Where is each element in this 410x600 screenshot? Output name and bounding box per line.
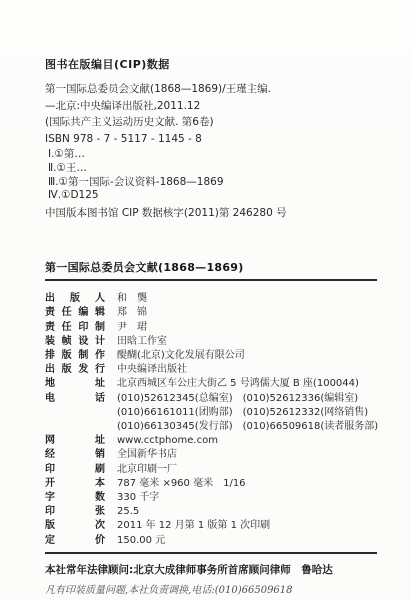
colophon-label: 开本 — [45, 477, 105, 491]
colophon-row-format: 开本787 毫米 ×960 毫米 1/16 — [45, 477, 377, 491]
cip-record-line: —北京:中央编译出版社,2011.12 — [45, 98, 377, 115]
colophon-value: 330 千字 — [117, 491, 159, 505]
colophon-row-website: 网址www.cctphome.com — [45, 434, 377, 448]
colophon-row-design: 装帧设计田晗工作室 — [45, 335, 377, 349]
colophon-row-price: 定价150.00 元 — [45, 534, 377, 548]
website-url: www.cctphome.com — [117, 434, 218, 448]
colophon-value: 郑 锦 — [117, 306, 147, 320]
footer-divider — [45, 552, 377, 554]
colophon-label: 出版发行 — [45, 363, 105, 377]
book-title: 第一国际总委员会文献(1868—1869) — [45, 261, 244, 274]
colophon-value: 田晗工作室 — [117, 335, 167, 349]
cip-record: 第一国际总委员会文献(1868—1869)/王瑾主编. —北京:中央编译出版社,… — [45, 81, 377, 147]
cip-class-line: Ⅲ.①第一国际-会议资料-1868—1869 — [48, 176, 377, 190]
colophon-row-phone: 电话(010)52612345(总编室) (010)52612336(编辑室) — [45, 392, 377, 406]
colophon-label: 出版人 — [45, 292, 105, 306]
colophon-value: 2011 年 12 月第 1 版第 1 次印刷 — [117, 519, 270, 533]
colophon-label: 电话 — [45, 392, 105, 406]
colophon-row-word-count: 字数330 千字 — [45, 491, 377, 505]
colophon-value: 中央编译出版社 — [117, 363, 187, 377]
colophon-value: 150.00 元 — [117, 534, 165, 548]
copyright-page: 图书在版编目(CIP)数据 第一国际总委员会文献(1868—1869)/王瑾主编… — [0, 0, 410, 600]
colophon-value: 醍醐(北京)文化发展有限公司 — [117, 349, 245, 363]
colophon-value: 全国新华书店 — [117, 448, 177, 462]
colophon-row-distribution: 经销全国新华书店 — [45, 448, 377, 462]
cip-registry-line: 中国版本图书馆 CIP 数据核字(2011)第 246280 号 — [45, 205, 377, 221]
title-block: 第一国际总委员会文献(1868—1869) — [45, 256, 377, 281]
cip-class-line: Ⅰ.①第… — [48, 148, 377, 162]
colophon-row-phone-extra: (010)66130345(发行部) (010)66509618(读者服务部) — [45, 420, 377, 434]
colophon-label: 网址 — [45, 434, 105, 448]
colophon-value: (010)52612345(总编室) (010)52612336(编辑室) — [117, 392, 358, 406]
colophon-label: 地址 — [45, 377, 105, 391]
colophon-row-print-supervisor: 责任印制尹 珺 — [45, 321, 377, 335]
cip-record-line: 第一国际总委员会文献(1868—1869)/王瑾主编. — [45, 81, 377, 98]
colophon-row-typesetting: 排版制作醍醐(北京)文化发展有限公司 — [45, 349, 377, 363]
cip-class-line: Ⅱ.①王… — [48, 162, 377, 176]
colophon-label: 责任编辑 — [45, 306, 105, 320]
cip-record-line: (国际共产主义运动历史文献. 第6卷) — [45, 114, 377, 131]
colophon-label: 字数 — [45, 491, 105, 505]
colophon-label: 责任印制 — [45, 321, 105, 335]
colophon-value: 787 毫米 ×960 毫米 1/16 — [117, 477, 246, 491]
colophon-value: 25.5 — [117, 505, 139, 519]
colophon-row-edition: 版次2011 年 12 月第 1 版第 1 次印刷 — [45, 519, 377, 533]
colophon-value: 尹 珺 — [117, 321, 147, 335]
cip-class-line: Ⅳ.①D125 — [48, 189, 377, 203]
colophon-row-editor: 责任编辑郑 锦 — [45, 306, 377, 320]
colophon-value: (010)66161011(团购部) (010)52612332(网络销售) — [117, 406, 368, 420]
colophon-row-phone-extra: (010)66161011(团购部) (010)52612332(网络销售) — [45, 406, 377, 420]
quality-notice-line: 凡有印装质量问题,本社负责调换,电话:(010)66509618 — [45, 581, 377, 596]
cip-classification: Ⅰ.①第… Ⅱ.①王… Ⅲ.①第一国际-会议资料-1868—1869 Ⅳ.①D1… — [48, 148, 377, 203]
colophon-value: 和 龑 — [117, 292, 147, 306]
cip-record-line: ISBN 978 - 7 - 5117 - 1145 - 8 — [45, 131, 377, 148]
colophon-label: 装帧设计 — [45, 335, 105, 349]
colophon-label: 印刷 — [45, 463, 105, 477]
colophon-value: (010)66130345(发行部) (010)66509618(读者服务部) — [117, 420, 378, 434]
cip-heading: 图书在版编目(CIP)数据 — [45, 56, 377, 72]
colophon-label: 版次 — [45, 519, 105, 533]
colophon-label: 经销 — [45, 448, 105, 462]
colophon-label: 定价 — [45, 534, 105, 548]
colophon-label: 排版制作 — [45, 349, 105, 363]
colophon-row-publisher: 出版发行中央编译出版社 — [45, 363, 377, 377]
legal-advisor-line: 本社常年法律顾问:北京大成律师事务所首席顾问律师 鲁哈达 — [45, 562, 377, 577]
colophon-value: 北京西城区车公庄大街乙 5 号鸿儒大厦 B 座(100044) — [117, 377, 359, 391]
colophon-value: 北京印刷一厂 — [117, 463, 177, 477]
colophon-label: 印张 — [45, 505, 105, 519]
colophon-row-sheets: 印张25.5 — [45, 505, 377, 519]
colophon-row-address: 地址北京西城区车公庄大街乙 5 号鸿儒大厦 B 座(100044) — [45, 377, 377, 391]
colophon-row-printer: 印刷北京印刷一厂 — [45, 463, 377, 477]
cip-block: 图书在版编目(CIP)数据 第一国际总委员会文献(1868—1869)/王瑾主编… — [45, 56, 377, 221]
colophon-row-publisher-person: 出版人和 龑 — [45, 292, 377, 306]
colophon: 出版人和 龑 责任编辑郑 锦 责任印制尹 珺 装帧设计田晗工作室 排版制作醍醐(… — [45, 292, 377, 548]
